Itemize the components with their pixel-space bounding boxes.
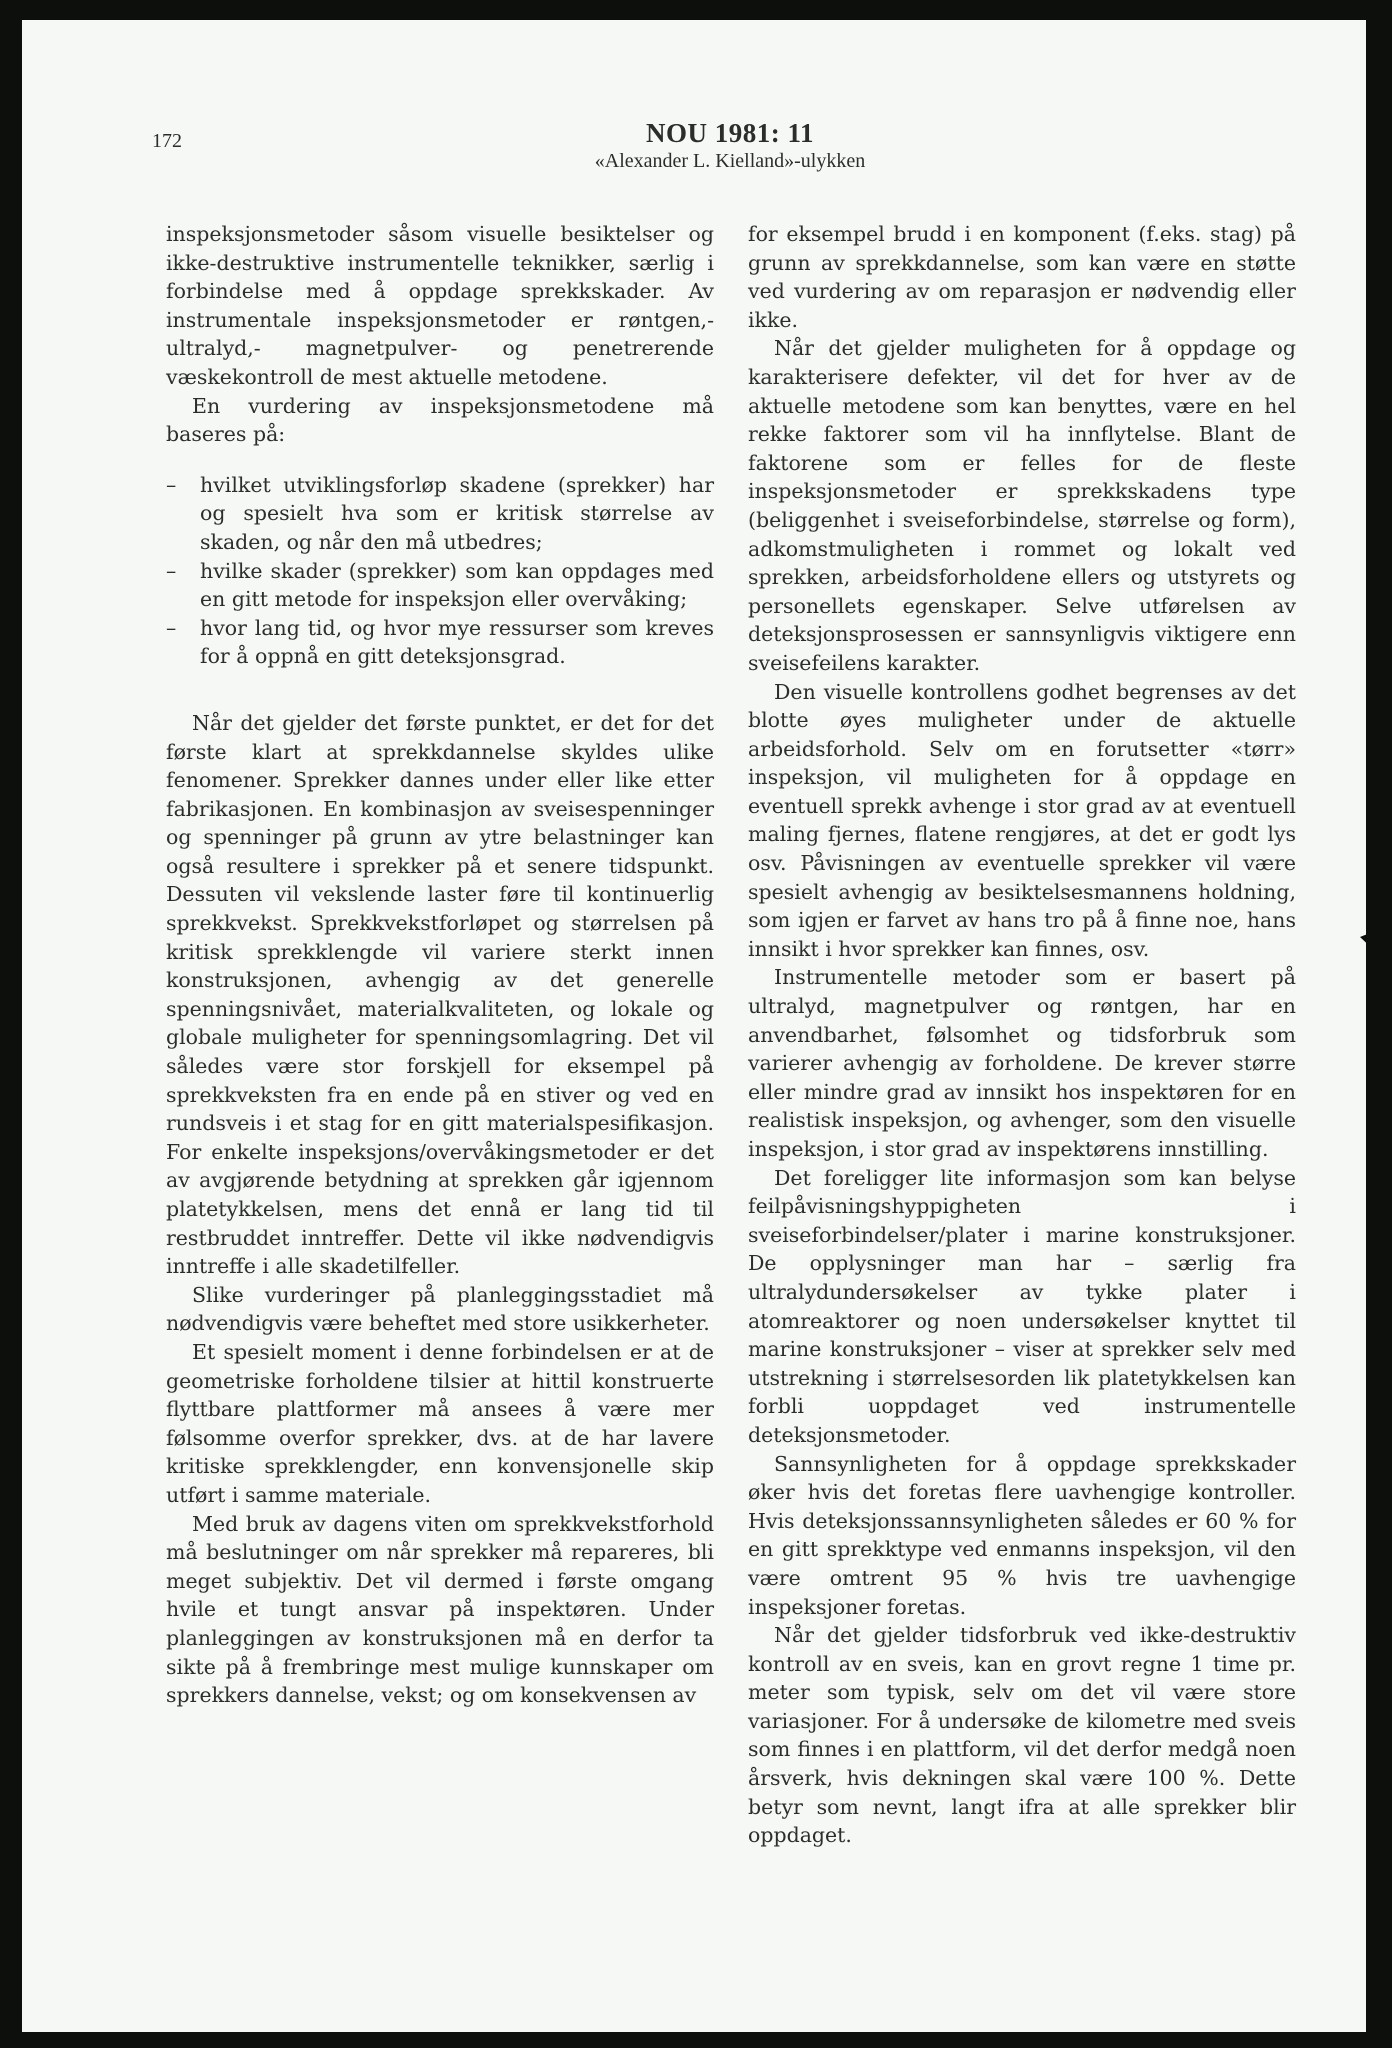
dash-bullet-icon: –	[166, 471, 176, 500]
list-item-text: hvilket utviklingsforløp skadene (sprekk…	[200, 473, 714, 554]
paragraph: Når det gjelder tidsforbruk ved ikke-des…	[748, 1621, 1296, 1850]
document-title: NOU 1981: 11	[22, 118, 1392, 149]
document-page: 172 NOU 1981: 11 «Alexander L. Kielland»…	[22, 20, 1366, 2032]
paragraph: Med bruk av dagens viten om sprekkvekstf…	[166, 1510, 714, 1710]
paragraph: Sannsynligheten for å oppdage sprekkskad…	[748, 1450, 1296, 1622]
dash-bullet-icon: –	[166, 557, 176, 586]
right-column: for eksempel brudd i en komponent (f.eks…	[748, 220, 1296, 1850]
paragraph: Slike vurderinger på planleggingsstadiet…	[166, 1281, 714, 1338]
paragraph: Det foreligger lite informasjon som kan …	[748, 1164, 1296, 1450]
list-item-text: hvilke skader (sprekker) som kan oppdage…	[200, 559, 714, 612]
list-item: – hvilke skader (sprekker) som kan oppda…	[166, 557, 714, 614]
spacer	[166, 671, 714, 709]
paragraph: Når det gjelder det første punktet, er d…	[166, 709, 714, 1281]
paragraph: Et spesielt moment i denne forbindelsen …	[166, 1338, 714, 1510]
left-column: inspeksjonsmetoder såsom visuelle besikt…	[166, 220, 714, 1710]
paragraph: inspeksjonsmetoder såsom visuelle besikt…	[166, 220, 714, 392]
document-subtitle: «Alexander L. Kielland»-ulykken	[22, 150, 1392, 173]
list-item: – hvor lang tid, og hvor mye ressurser s…	[166, 614, 714, 671]
list-item: – hvilket utviklingsforløp skadene (spre…	[166, 471, 714, 557]
paragraph: Instrumentelle metoder som er basert på …	[748, 963, 1296, 1163]
list-item-text: hvor lang tid, og hvor mye ressurser som…	[200, 616, 714, 669]
scan-edge-artifact	[1360, 925, 1390, 965]
bullet-list: – hvilket utviklingsforløp skadene (spre…	[166, 471, 714, 671]
paragraph: En vurdering av inspeksjonsmetodene må b…	[166, 392, 714, 449]
paragraph: Når det gjelder muligheten for å oppdage…	[748, 334, 1296, 677]
paragraph: Den visuelle kontrollens godhet begrense…	[748, 678, 1296, 964]
dash-bullet-icon: –	[166, 614, 176, 643]
paragraph: for eksempel brudd i en komponent (f.eks…	[748, 220, 1296, 334]
